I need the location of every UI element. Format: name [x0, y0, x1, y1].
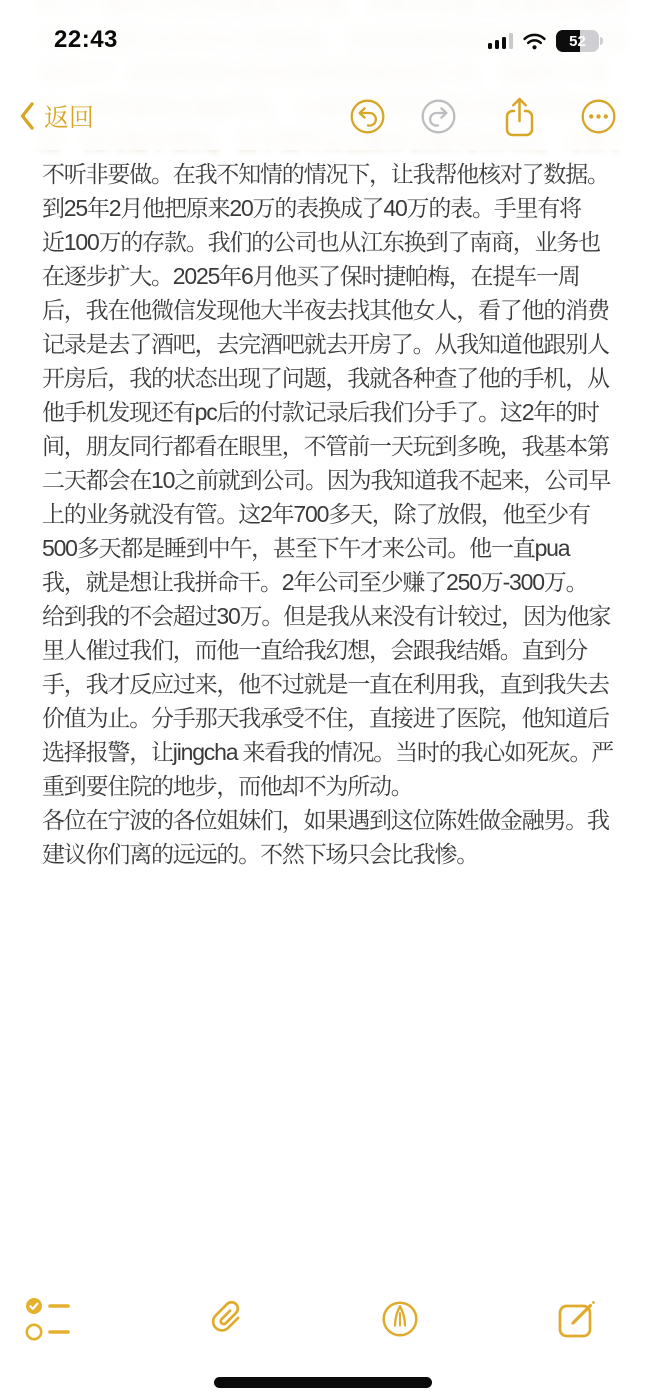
note-text-line: 不听非要做。在我不知情的情况下，让我帮他核对了数据。 [42, 157, 625, 191]
wifi-icon [523, 33, 546, 50]
clock: 22:43 [54, 26, 118, 54]
note-text-line: 里人催过我们，而他一直给我幻想，会跟我结婚。直到分 [42, 633, 625, 667]
note-text-line: 价值为止。分手那天我承受不住，直接进了医院，他知道后 [42, 701, 625, 735]
note-text-line: 近100万的存款。我们的公司也从江东换到了南商，业务也 [42, 225, 625, 259]
note-text-line: 到25年2月他把原来20万的表换成了40万的表。手里有将 [42, 191, 625, 225]
note-text-line: 各位在宁波的各位姐妹们，如果遇到这位陈姓做金融男。我 [42, 803, 625, 837]
status-bar: 22:43 52 [0, 24, 645, 58]
note-text-line: 后，我在他微信发现他大半夜去找其他女人，看了他的消费 [42, 293, 625, 327]
cellular-signal-icon [488, 33, 514, 49]
note-text-line: 建议你们离的远远的。不然下场只会比我惨。 [42, 837, 625, 871]
notes-app-screen: 好了？就是当时的态度就会可靠，具体这是他工资看我多想到 员工资那后当月付自己利润… [0, 0, 645, 1398]
back-button-label: 返回 [44, 98, 94, 134]
home-indicator[interactable] [214, 1377, 432, 1388]
note-content[interactable]: 不听非要做。在我不知情的情况下，让我帮他核对了数据。 到25年2月他把原来20万… [42, 157, 625, 871]
battery-icon: 52 [556, 30, 599, 52]
share-icon[interactable] [501, 94, 538, 139]
battery-tip [600, 37, 603, 45]
compose-icon[interactable] [553, 1296, 599, 1342]
attachment-icon[interactable] [202, 1296, 248, 1342]
note-text-line: 重到要住院的地步，而他却不为所动。 [42, 769, 625, 803]
back-button[interactable]: 返回 [18, 88, 94, 144]
status-icons: 52 [488, 30, 600, 52]
nav-actions [349, 88, 617, 144]
nav-bar: 返回 [0, 88, 645, 144]
redo-icon[interactable] [420, 98, 457, 135]
markup-icon[interactable] [377, 1296, 423, 1342]
note-text-line: 上的业务就没有管。这2年700多天，除了放假，他至少有 [42, 497, 625, 531]
note-text-line: 记录是去了酒吧，去完酒吧就去开房了。从我知道他跟别人 [42, 327, 625, 361]
note-text-line: 选择报警，让jingcha 来看我的情况。当时的我心如死灰。严 [42, 735, 625, 769]
bottom-toolbar [0, 1288, 645, 1350]
more-icon[interactable] [580, 98, 617, 135]
note-text-line: 手，我才反应过来，他不过就是一直在利用我，直到我失去 [42, 667, 625, 701]
note-text-line: 在逐步扩大。2025年6月他买了保时捷帕梅，在提车一周 [42, 259, 625, 293]
note-text-line: 我，就是想让我拼命干。2年公司至少赚了250万-300万。 [42, 565, 625, 599]
note-text-line: 他手机发现还有pc后的付款记录后我们分手了。这2年的时 [42, 395, 625, 429]
note-text-line: 开房后，我的状态出现了问题，我就各种查了他的手机，从 [42, 361, 625, 395]
note-text-line: 给到我的不会超过30万。但是我从来没有计较过，因为他家 [42, 599, 625, 633]
battery-percent: 52 [556, 30, 599, 52]
checklist-icon[interactable] [24, 1293, 72, 1345]
note-text-line: 二天都会在10之前就到公司。因为我知道我不起来，公司早 [42, 463, 625, 497]
chevron-left-icon [18, 101, 35, 131]
note-text-line: 500多天都是睡到中午，甚至下午才来公司。他一直pua [42, 531, 625, 565]
top-bar: 22:43 52 返回 [0, 0, 645, 150]
undo-icon[interactable] [349, 98, 386, 135]
note-text-line: 间，朋友同行都看在眼里，不管前一天玩到多晚，我基本第 [42, 429, 625, 463]
